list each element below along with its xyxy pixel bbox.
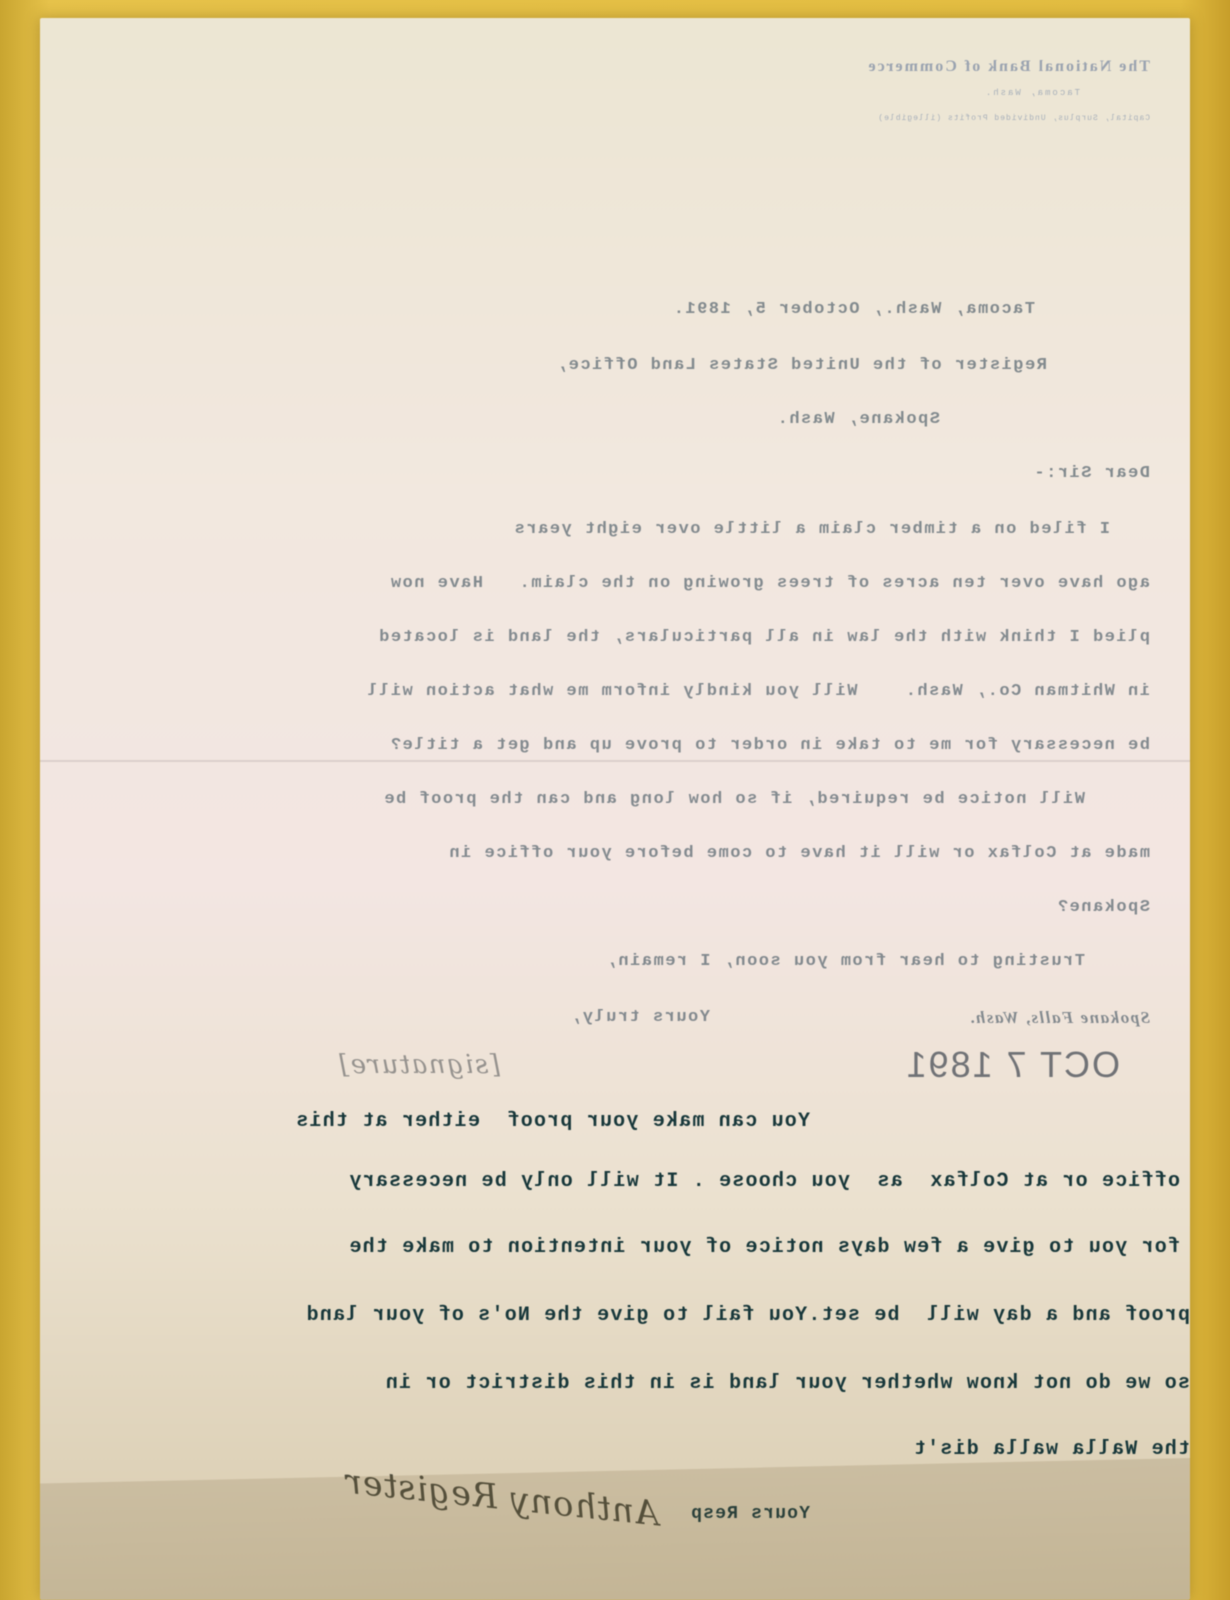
reply-line: You can make your proof either at this [295,1110,810,1133]
closing-line: Trusting to hear from you soon, I remain… [605,952,1085,971]
letter-page: The National Bank of Commerce Tacoma, Wa… [40,18,1190,1600]
body-line: I filed on a timber claim a little over … [513,520,1110,539]
body-line: plied I think with the law in all partic… [378,628,1150,647]
received-location: Spokane Falls, Wash. [969,1008,1150,1028]
body-line: Will notice be required, if so how long … [383,790,1085,809]
reply-line: office or at Colfax as you choose . It w… [348,1170,1180,1193]
reply-line: so we do not know whether your land is i… [385,1372,1190,1395]
addressee-line-1: Register of the United States Land Offic… [556,356,1047,375]
date-line: Tacoma, Wash., October 5, 1891. [672,300,1035,319]
body-line: in Whitman Co., Wash. Will you kindly in… [366,682,1150,701]
letterhead-officers: Capital, Surplus, Undivided Profits (ill… [877,114,1150,123]
received-date-stamp: OCT 7 1891 [905,1044,1120,1086]
body-line: ago have over ten acres of trees growing… [389,574,1150,593]
letterhead-city: Tacoma, Wash. [984,88,1080,98]
body-line: Spokane? [1056,898,1150,917]
reply-line: the Walla walla dis't [913,1438,1190,1461]
body-line: be necessary for me to take in order to … [389,736,1150,755]
body-line: made at Colfax or will it have to come b… [448,844,1150,863]
letterhead-bank-name: The National Bank of Commerce [867,58,1150,76]
complimentary-close: Yours truly, [570,1008,710,1027]
addressee-line-2: Spokane, Wash. [776,410,940,429]
reply-line: proof and a day will be set.You fail to … [305,1304,1190,1327]
paper-crease [40,760,1190,762]
salutation: Dear Sir:- [1033,464,1150,483]
reply-line: for you to give a few days notice of you… [348,1236,1180,1259]
writer-signature: [signature] [338,1050,500,1080]
mirrored-letter-content: The National Bank of Commerce Tacoma, Wa… [40,18,1190,1600]
